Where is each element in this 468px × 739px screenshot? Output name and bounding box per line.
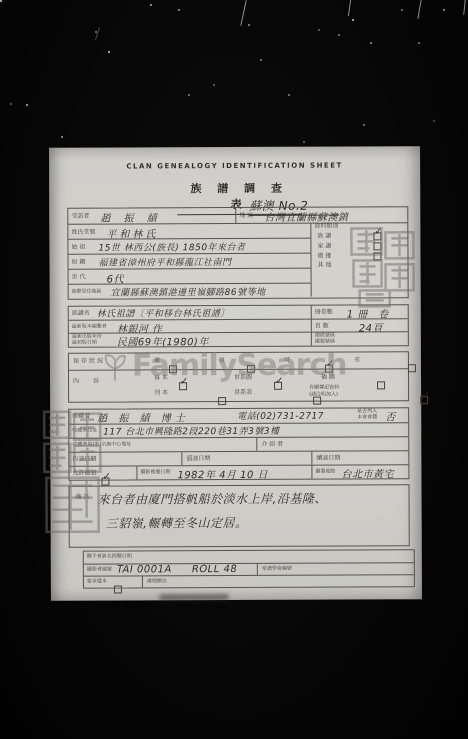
edition-label-2: 最初版日期 <box>72 341 97 347</box>
content-checkbox: ✓ <box>179 382 187 390</box>
row-condition: 保存狀況 優 良 可 ✓ 劣 <box>69 352 408 369</box>
row-origin: 原 籍 福建省漳州府平和縣龍江社南門 <box>68 253 310 269</box>
category-item-label: 族 譜 <box>317 234 331 240</box>
photo-id-label: 攝影者編號 <box>87 568 112 574</box>
row-edition: 最新出版年份 最初版日期 民國69年(1980)年 縮微號碼 攝製號碼 <box>69 331 408 345</box>
category-item: 族 譜 ✓ <box>317 233 381 241</box>
film-scratch <box>348 0 351 16</box>
condition-table: 保存狀況 優 良 可 ✓ 劣 內 容 寫 本 ✓ 世系圖 ✓ 插 圖 刊 <box>68 351 409 402</box>
photo-id-value: TAI 0001A <box>117 564 172 575</box>
holder-address-label: 收藏者住址 <box>72 429 97 435</box>
origin-label: 原 籍 <box>72 260 86 266</box>
category-item: 家 譜 <box>317 243 381 251</box>
remarks-label: 備 註 <box>76 495 90 501</box>
content-checkbox <box>377 381 385 389</box>
interviewee-value: 趙 振 績 <box>100 209 161 224</box>
film-dust-speckles <box>0 0 2 2</box>
filming-place-value: 台北市黃宅 <box>341 465 394 480</box>
row-generations: 世 代 6代 <box>69 268 311 284</box>
permit-checkbox: ✓ <box>101 477 109 485</box>
row-holder-address: 收藏者住址 117 台北市興隆路2段220巷31弄3號3樓 <box>69 422 408 437</box>
content-option: 世系表 <box>234 390 252 396</box>
remarks-line1: 來台者由廈門搭帆船於淡水上岸,沿基隆、 <box>98 490 327 508</box>
row-residence: 族繁居住地區 宜蘭縣蘇澳鎮港邊里嶺腳路86號等地 <box>69 283 311 299</box>
row-ancestor: 始 祖 15世 林西公(族長) 1850年來台者 <box>68 238 310 254</box>
holder-phone-value: 電話(02)731-2717 <box>237 409 324 422</box>
residence-value: 宜蘭縣蘇澳鎮港邊里嶺腳路86號等地 <box>111 285 266 299</box>
return-label: 要求還本 <box>87 580 107 586</box>
ancestor-label: 始 祖 <box>71 245 85 251</box>
area-label: 地 區 <box>239 213 253 219</box>
filming-date-value: 1982年 4月 10 日 <box>177 466 268 481</box>
edition-value: 民國69年(1980)年 <box>117 333 209 348</box>
microfilm-label-2: 攝製號碼 <box>315 340 335 346</box>
category-checkbox <box>373 253 381 261</box>
filming-place-label: 攝製地點 <box>315 470 335 476</box>
condition-option: 良 <box>219 358 225 364</box>
survey-info-table: 受訪者 趙 振 績 地 區 台灣宜蘭縣蘇澳鎮 姓氏堂號 平和林氏 始 祖 15世… <box>67 206 408 299</box>
row-holder-name: 收藏者 趙 振 績 博士 電話(02)731-2717 是否列入 本會會籍 否 <box>69 408 408 423</box>
row-interviewee: 受訪者 趙 振 績 地 區 台灣宜蘭縣蘇澳鎮 <box>68 207 407 223</box>
surname-label: 姓氏堂號 <box>71 230 95 236</box>
holder-name-label: 收藏者 <box>72 414 90 420</box>
film-scratch <box>463 0 466 15</box>
handling-label: 處理辦法 <box>147 579 167 585</box>
interview3-label: 續談日期 <box>316 456 340 462</box>
scanned-form-page: CLAN GENEALOGY IDENTIFICATION SHEET 族 譜 … <box>49 146 422 601</box>
content-option-biographical-1: 有關傳記資料 <box>309 386 339 392</box>
row-content: 內 容 寫 本 ✓ 世系圖 ✓ 插 圖 刊 本 世系表 有關傳記資料 (請注明加… <box>69 368 408 401</box>
sheet-title-en: CLAN GENEALOGY IDENTIFICATION SHEET <box>49 161 420 171</box>
row-clan-center: 收藏者原(家)宗族中心地址 介 紹 者 <box>69 436 408 451</box>
category-item-label: 微 捲 <box>317 254 331 260</box>
book-info-table: 族譜名 林氏祖譜〔平和移台林氏祖譜〕 冊卷數 1 冊 卷 最新版本編纂者 林銀河… <box>68 304 409 347</box>
category-item-label: 其 他 <box>318 263 332 269</box>
roll-value: ROLL 48 <box>192 564 237 575</box>
generations-label: 世 代 <box>72 275 86 281</box>
content-checkbox <box>218 397 226 405</box>
remarks-table: 備 註 來台者由廈門搭帆船於淡水上岸,沿基隆、 三貂嶺,輾轉至冬山定居。 <box>68 484 409 547</box>
member-value: 否 <box>385 408 396 423</box>
film-scratch <box>417 0 421 19</box>
category-checkbox <box>373 243 381 251</box>
admin-table: 贈予者簽名捐贈日期 攝影者編號 TAI 0001A ROLL 48 家譜學會編號… <box>83 549 415 588</box>
member-label-2: 本會會籍 <box>357 415 377 421</box>
row-return: 要求還本 處理辦法 <box>84 574 414 587</box>
content-checkbox: ✓ <box>274 381 282 389</box>
row-filming: 允許攝製 ✓ 攝影複製日期 1982年 4月 10 日 攝製地點 台北市黃宅 <box>69 464 408 479</box>
origin-value: 福建省漳州府平和縣龍江社南門 <box>98 255 231 269</box>
holder-address-value: 117 台北市興隆路2段220巷31弄3號3樓 <box>103 424 279 438</box>
book-title-label: 族譜名 <box>72 311 90 317</box>
ancestor-value: 15世 林西公(族長) 1850年來台者 <box>98 240 245 254</box>
content-option: 寫 本 <box>154 375 168 381</box>
holder-table: 收藏者 趙 振 績 博士 電話(02)731-2717 是否列入 本會會籍 否 … <box>68 407 409 480</box>
clan-center-label: 收藏者原(家)宗族中心地址 <box>72 442 131 448</box>
category-box: 資料類別 族 譜 ✓ 家 譜 微 捲 其 他 <box>310 222 407 296</box>
interview1-label: 約談日期 <box>72 457 96 463</box>
content-option: 世系圖 <box>234 375 252 381</box>
category-checkbox: ✓ <box>373 233 381 241</box>
category-item: 其 他 <box>318 263 382 270</box>
volumes-label: 冊卷數 <box>315 310 333 316</box>
book-title-value: 林氏祖譜〔平和移台林氏祖譜〕 <box>97 306 230 320</box>
film-scratch <box>240 0 246 26</box>
category-item: 微 捲 <box>317 253 381 261</box>
return-checkbox <box>114 585 122 593</box>
content-option-biographical-2: (請注明加入) <box>309 393 338 399</box>
category-item-label: 家 譜 <box>317 244 331 250</box>
content-option: 刊 本 <box>154 390 168 396</box>
pages-label: 頁 數 <box>315 324 329 330</box>
interviewee-label: 受訪者 <box>71 214 89 220</box>
interview2-label: 面談日期 <box>186 456 210 462</box>
permit-label: 允許攝製 <box>72 471 96 477</box>
condition-option: 優 <box>154 358 160 364</box>
remarks-line2: 三貂嶺,輾轉至冬山定居。 <box>106 514 248 532</box>
category-label: 資料類別 <box>311 222 407 231</box>
film-scratch <box>95 27 100 40</box>
condition-option: 劣 <box>354 357 360 363</box>
content-checkbox: ✓ <box>421 396 429 404</box>
condition-option: 可 <box>284 358 290 364</box>
scan-smudge <box>159 594 229 600</box>
residence-label: 族繁居住地區 <box>72 290 102 296</box>
row-interview-dates: 約談日期 面談日期 續談日期 <box>69 450 408 465</box>
society-label: 家譜學會編號 <box>262 567 292 573</box>
content-option: 插 圖 <box>321 375 335 381</box>
compiler-label: 最新版本編纂者 <box>72 325 107 331</box>
donor-label: 贈予者簽名捐贈日期 <box>87 554 132 560</box>
condition-label: 保存狀況 <box>73 359 105 365</box>
introducer-label: 介 紹 者 <box>261 442 283 448</box>
condition-checkbox <box>408 364 416 372</box>
content-label: 內 容 <box>73 379 105 385</box>
microfilm-frame: CLAN GENEALOGY IDENTIFICATION SHEET 族 譜 … <box>0 0 468 739</box>
filming-date-label: 攝影複製日期 <box>140 470 170 476</box>
